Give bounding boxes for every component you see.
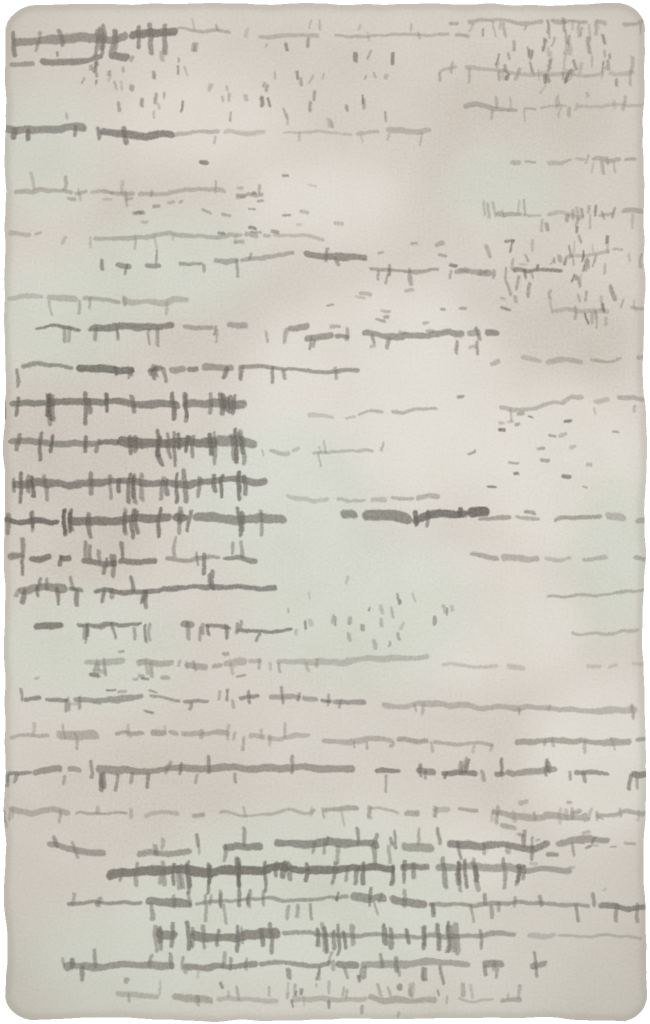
rug-product-photo <box>0 0 650 1024</box>
rug-photo-canvas <box>0 0 650 1024</box>
